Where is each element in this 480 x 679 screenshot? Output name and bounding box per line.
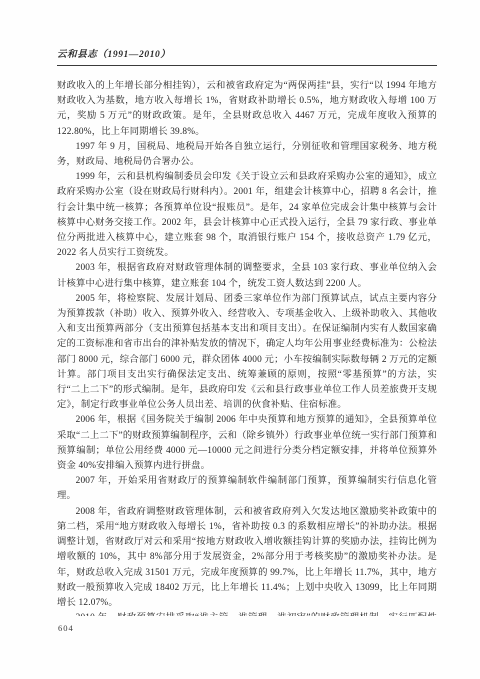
page-body: 财政收入的上年增长部分相挂钩），云和被省政府定为“两保两挂”县，实行“以 199… — [57, 79, 437, 616]
page-number: 604 — [58, 623, 74, 633]
paragraph-2005: 2005 年，将检察院、发展计划局、团委三家单位作为部门预算试点，试点主要内容分… — [57, 292, 437, 414]
page-header: 云和县志（1991—2010） — [57, 50, 437, 66]
paragraph-1997: 1997 年 9 月，国税局、地税局开始各自独立运行，分别征收和管理国家税务、地… — [57, 140, 437, 170]
paragraph-2006: 2006 年，根据《国务院关于编制 2006 年中央预算和地方预算的通知》，全县… — [57, 413, 437, 474]
paragraph-2007: 2007 年，开始采用省财政厅的预算编制软件编制部门预算，预算编制实行信息化管理… — [57, 474, 437, 504]
paragraph-2008: 2008 年，省政府调整财政管理体制，云和被省政府列入欠发达地区激励奖补政策中的… — [57, 505, 437, 611]
paragraph-2010: 2010 年，财政预算安排采取“谁主管、谁管理、谁初审”的财政管理机制，实行匹配… — [57, 611, 437, 616]
book-page: 云和县志（1991—2010） 财政收入的上年增长部分相挂钩），云和被省政府定为… — [0, 0, 480, 679]
header-rule — [57, 65, 437, 66]
paragraph-2003: 2003 年，根据省政府对财政管理体制的调整要求，全县 103 家行政、事业单位… — [57, 261, 437, 291]
paragraph-1999-2002: 1999 年，云和县机构编制委员会印发《关于设立云和县政府采购办公室的通知》，成… — [57, 170, 437, 261]
paragraph-continuation: 财政收入的上年增长部分相挂钩），云和被省政府定为“两保两挂”县，实行“以 199… — [57, 79, 437, 140]
running-header-title: 云和县志（1991—2010） — [57, 50, 437, 61]
